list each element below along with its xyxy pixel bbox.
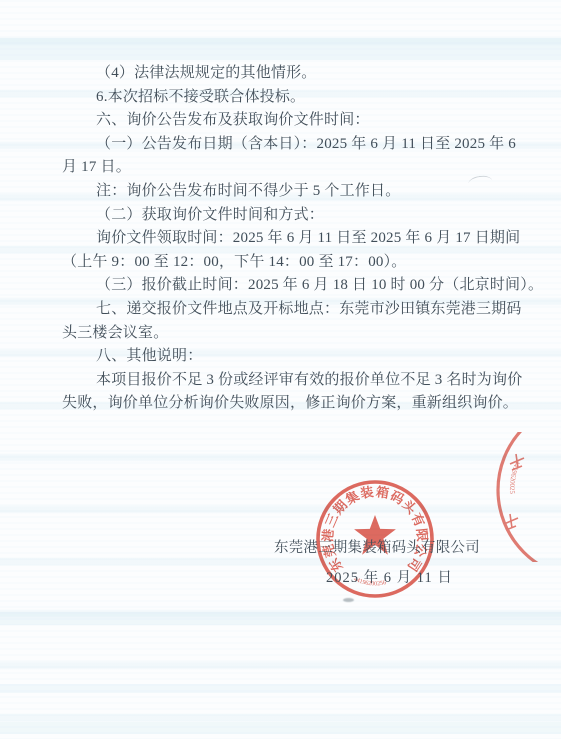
signature-date: 2025 年 6 月 11 日: [326, 566, 453, 587]
document-line: 八、其他说明：: [62, 345, 500, 369]
scan-band: [0, 684, 561, 693]
document-line: （二）获取询价文件时间和方式：: [62, 204, 500, 228]
scan-band: [0, 722, 561, 734]
partial-seal-outer-ring: [498, 432, 561, 562]
document-line: （上午 9：00 至 12：00，下午 14：00 至 17：00）。: [62, 251, 500, 275]
partial-seal-serial-number: 4419620025: [508, 459, 522, 495]
document-line: （一）公告发布日期（含本日）：2025 年 6 月 11 日至 2025 年 6: [62, 133, 500, 157]
document-line: 七、递交报价文件地点及开标地点：东莞市沙田镇东莞港三期码: [62, 298, 500, 322]
document-line: 头三楼会议室。: [62, 322, 500, 346]
signature-company-name: 东莞港三期集装箱码头有限公司: [274, 536, 480, 557]
partial-seal-stamp: 4419620025: [486, 432, 561, 562]
svg-text:4419620025: 4419620025: [508, 459, 522, 495]
document-line: 注：询价公告发布时间不得少于 5 个工作日。: [62, 180, 500, 204]
document-line: 本项目报价不足 3 份或经评审有效的报价单位不足 3 名时为询价: [62, 369, 500, 393]
document-body: （4）法律法规规定的其他情形。6.本次招标不接受联合体投标。六、询价公告发布及获…: [62, 62, 500, 416]
document-line: （三）报价截止时间：2025 年 6 月 18 日 10 时 00 分（北京时间…: [62, 274, 500, 298]
document-line: 失败，询价单位分析询价失败原因，修正询价方案，重新组织询价。: [62, 392, 500, 416]
scan-band: [0, 38, 561, 60]
scanned-document-page: （4）法律法规规定的其他情形。6.本次招标不接受联合体投标。六、询价公告发布及获…: [0, 0, 561, 739]
document-line: 六、询价公告发布及获取询价文件时间：: [62, 109, 500, 133]
document-line: （4）法律法规规定的其他情形。: [62, 62, 500, 86]
document-line: 询价文件领取时间：2025 年 6 月 11 日至 2025 年 6 月 17 …: [62, 227, 500, 251]
document-line: 6.本次招标不接受联合体投标。: [62, 86, 500, 110]
document-line: 月 17 日。: [62, 156, 500, 180]
scan-band: [0, 612, 561, 625]
